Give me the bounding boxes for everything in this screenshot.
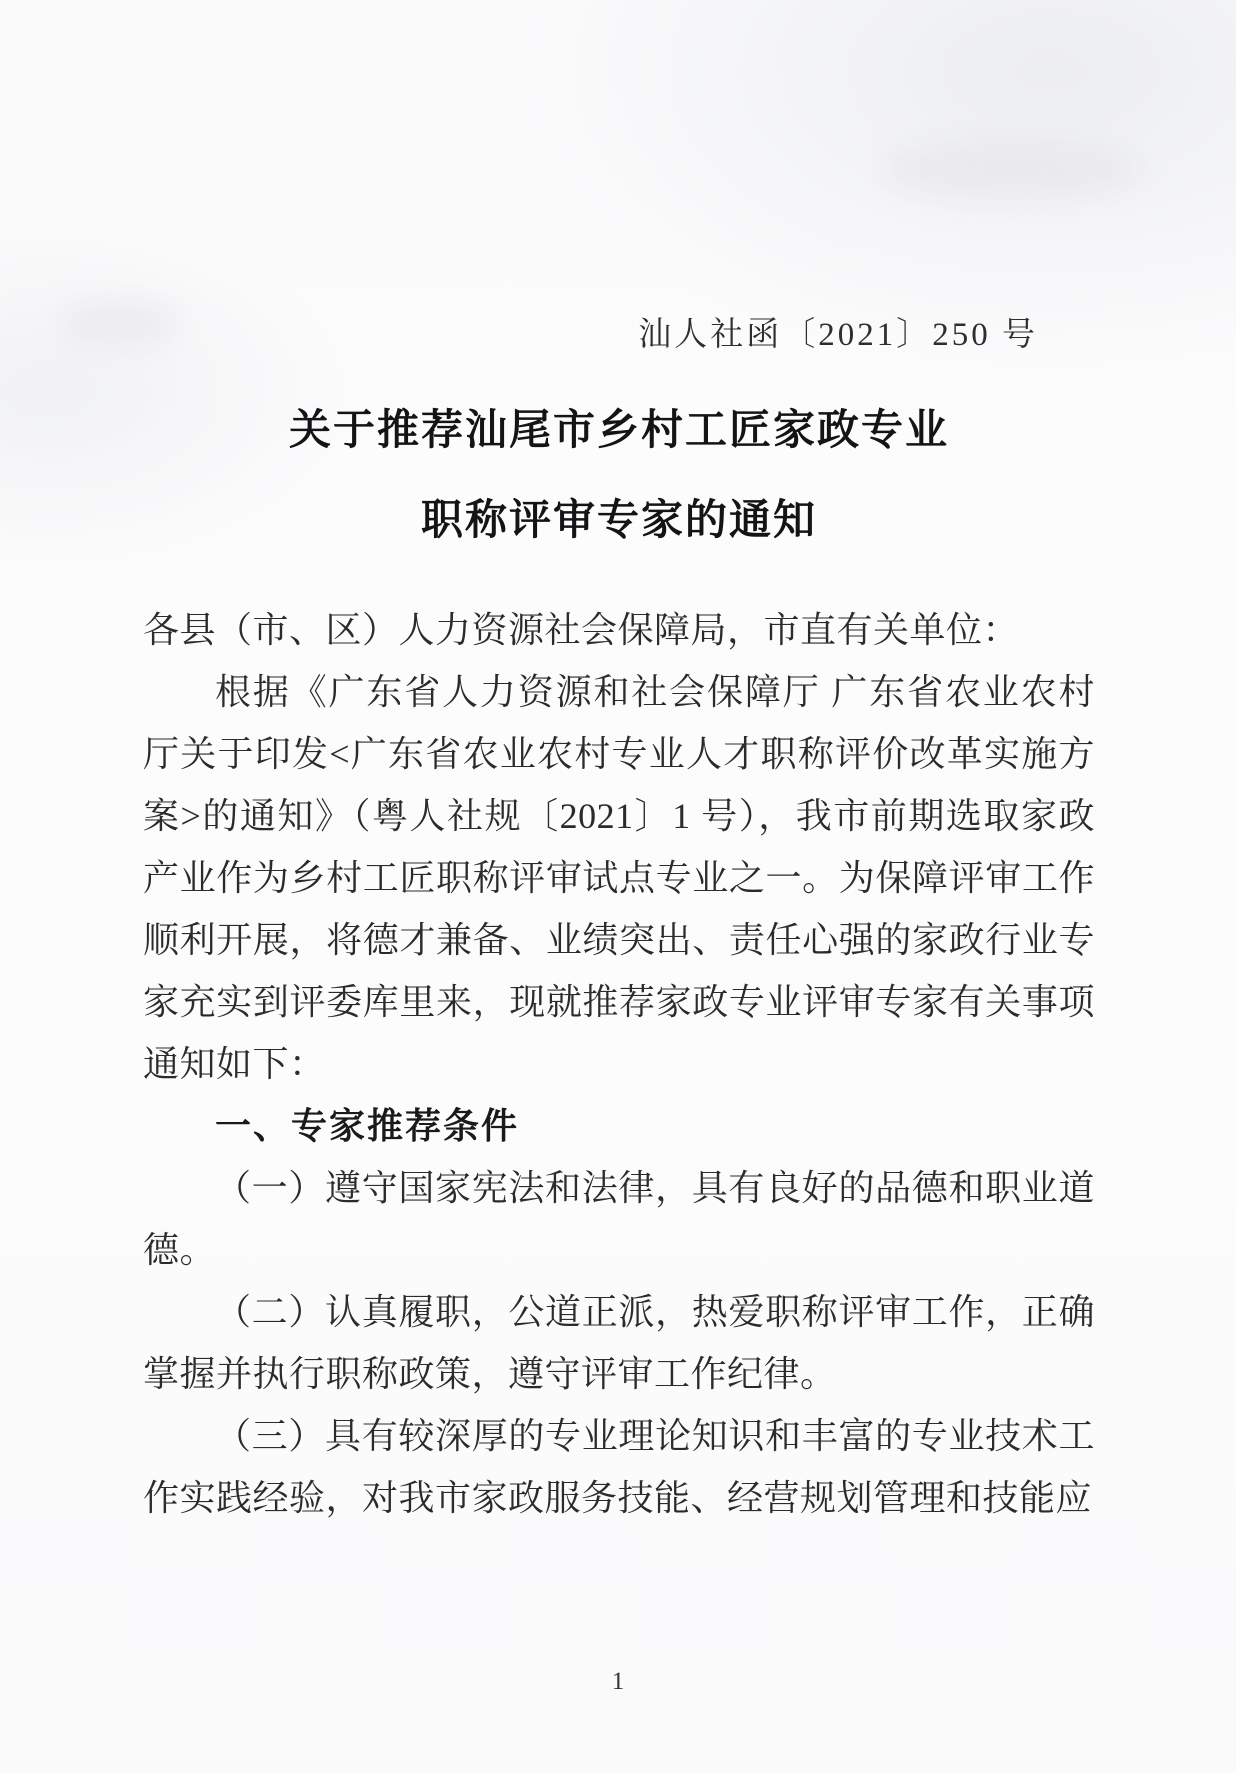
document-page: 汕人社函〔2021〕250 号 关于推荐汕尾市乡村工匠家政专业 职称评审专家的通…: [0, 0, 1236, 1773]
scan-artifact: [60, 300, 180, 346]
section1-item-2: （二）认真履职，公道正派，热爱职称评审工作，正确掌握并执行职称政策，遵守评审工作…: [143, 1281, 1095, 1405]
section1-heading: 一、专家推荐条件: [143, 1095, 1095, 1157]
document-title-line1: 关于推荐汕尾市乡村工匠家政专业: [143, 386, 1095, 476]
document-title-line2: 职称评审专家的通知: [143, 476, 1095, 566]
scan-artifact: [880, 140, 1140, 200]
intro-paragraph: 根据《广东省人力资源和社会保障厅 广东省农业农村厅关于印发<广东省农业农村专业人…: [143, 661, 1095, 1095]
document-number: 汕人社函〔2021〕250 号: [638, 308, 1038, 355]
document-body: 各县（市、区）人力资源社会保障局，市直有关单位： 根据《广东省人力资源和社会保障…: [143, 599, 1095, 1529]
page-number: 1: [0, 1668, 1236, 1696]
section1-item-3: （三）具有较深厚的专业理论知识和丰富的专业技术工作实践经验，对我市家政服务技能、…: [143, 1405, 1095, 1529]
section1-item-1: （一）遵守国家宪法和法律，具有良好的品德和职业道德。: [143, 1157, 1095, 1281]
document-title: 关于推荐汕尾市乡村工匠家政专业 职称评审专家的通知: [143, 386, 1095, 566]
salutation: 各县（市、区）人力资源社会保障局，市直有关单位：: [143, 599, 1095, 661]
